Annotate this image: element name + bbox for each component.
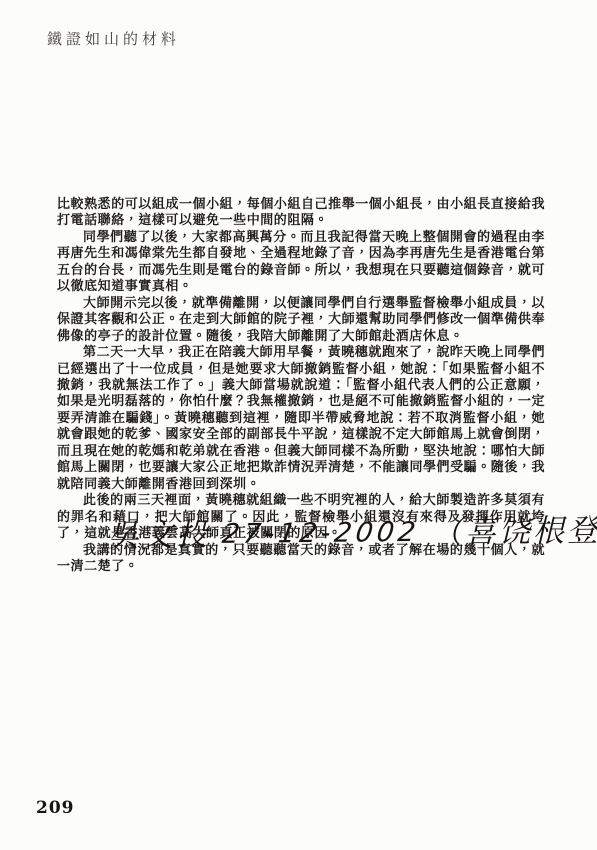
running-header-title: 鐵證如山的材料 <box>47 28 180 49</box>
signature-date: 27-12-2002 <box>220 517 421 550</box>
book-page: 鐵證如山的材料 比較熟悉的可以組成一個小組，每個小組自己推舉一個小組長，由小組長… <box>0 0 597 850</box>
signature-alias: （喜饶根登） <box>431 505 597 552</box>
paragraph: 同學們聽了以後，大家都高興萬分。而且我記得當天晚上整個開會的過程由李再唐先生和馮… <box>57 229 545 295</box>
page-number: 209 <box>36 798 75 818</box>
signature-name: 吳文投 <box>108 509 210 555</box>
paragraph: 大師開示完以後，就準備離開，以便讓同學們自行選舉監督檢舉小組成員，以保證其客觀和… <box>57 295 545 344</box>
signature-line: 吳文投 27-12-2002 （喜饶根登） <box>108 506 508 555</box>
paragraph: 比較熟悉的可以組成一個小組，每個小組自己推舉一個小組長，由小組長直接給我打電話聯… <box>57 196 545 229</box>
paragraph: 第二天一大早，我正在陪義大師用早餐，黃曉穗就跑來了，說昨天晚上同學們已經選出了十… <box>57 344 545 492</box>
